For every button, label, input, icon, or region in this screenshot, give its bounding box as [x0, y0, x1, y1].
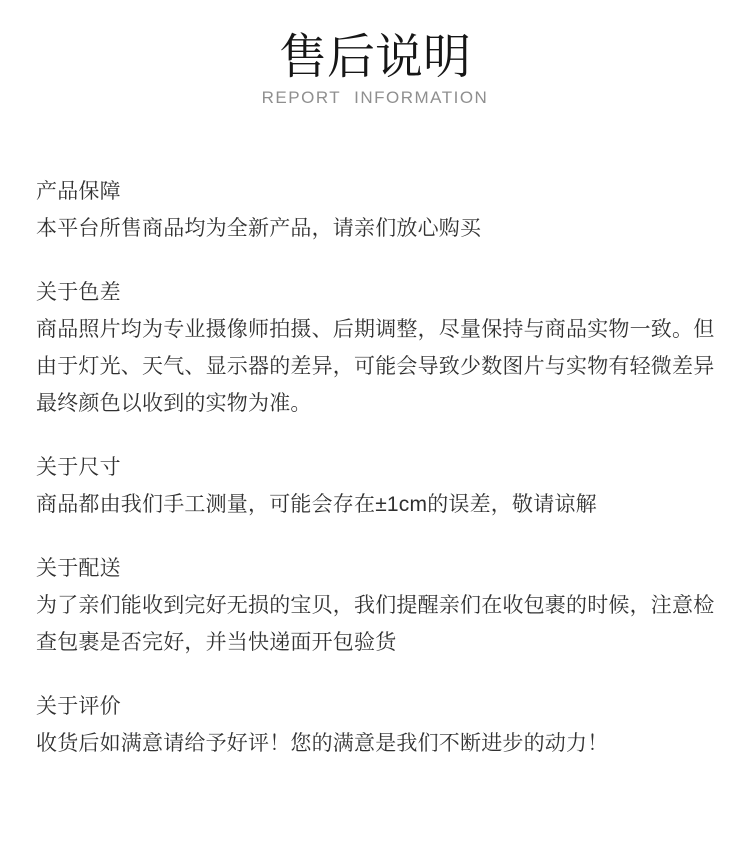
after-sales-notice-page: 售后说明 REPORT INFORMATION 产品保障 本平台所售商品均为全新… [0, 0, 750, 864]
section-product-guarantee: 产品保障 本平台所售商品均为全新产品，请亲们放心购买 [36, 173, 714, 247]
section-color-difference: 关于色差 商品照片均为专业摄像师拍摄、后期调整，尽量保持与商品实物一致。但 由于… [36, 274, 714, 422]
section-line: 收货后如满意请给予好评！您的满意是我们不断进步的动力！ [36, 725, 714, 762]
section-line: 本平台所售商品均为全新产品，请亲们放心购买 [36, 210, 714, 247]
section-heading: 关于色差 [36, 274, 714, 311]
page-title: 售后说明 [0, 32, 750, 84]
section-heading: 产品保障 [36, 173, 714, 210]
section-line: 查包裹是否完好，并当快递面开包验货 [36, 624, 714, 661]
section-line: 最终颜色以收到的实物为准。 [36, 385, 714, 422]
section-heading: 关于评价 [36, 688, 714, 725]
page-subtitle: REPORT INFORMATION [0, 89, 750, 107]
section-heading: 关于配送 [36, 550, 714, 587]
section-size: 关于尺寸 商品都由我们手工测量，可能会存在±1cm的误差，敬请谅解 [36, 449, 714, 523]
section-line: 为了亲们能收到完好无损的宝贝，我们提醒亲们在收包裹的时候，注意检 [36, 587, 714, 624]
page-header: 售后说明 REPORT INFORMATION [0, 0, 750, 107]
section-review: 关于评价 收货后如满意请给予好评！您的满意是我们不断进步的动力！ [36, 688, 714, 762]
section-heading: 关于尺寸 [36, 449, 714, 486]
section-line: 商品都由我们手工测量，可能会存在±1cm的误差，敬请谅解 [36, 486, 714, 523]
section-line: 商品照片均为专业摄像师拍摄、后期调整，尽量保持与商品实物一致。但 [36, 311, 714, 348]
notice-content: 产品保障 本平台所售商品均为全新产品，请亲们放心购买 关于色差 商品照片均为专业… [0, 107, 750, 762]
section-delivery: 关于配送 为了亲们能收到完好无损的宝贝，我们提醒亲们在收包裹的时候，注意检 查包… [36, 550, 714, 661]
section-line: 由于灯光、天气、显示器的差异，可能会导致少数图片与实物有轻微差异 [36, 348, 714, 385]
